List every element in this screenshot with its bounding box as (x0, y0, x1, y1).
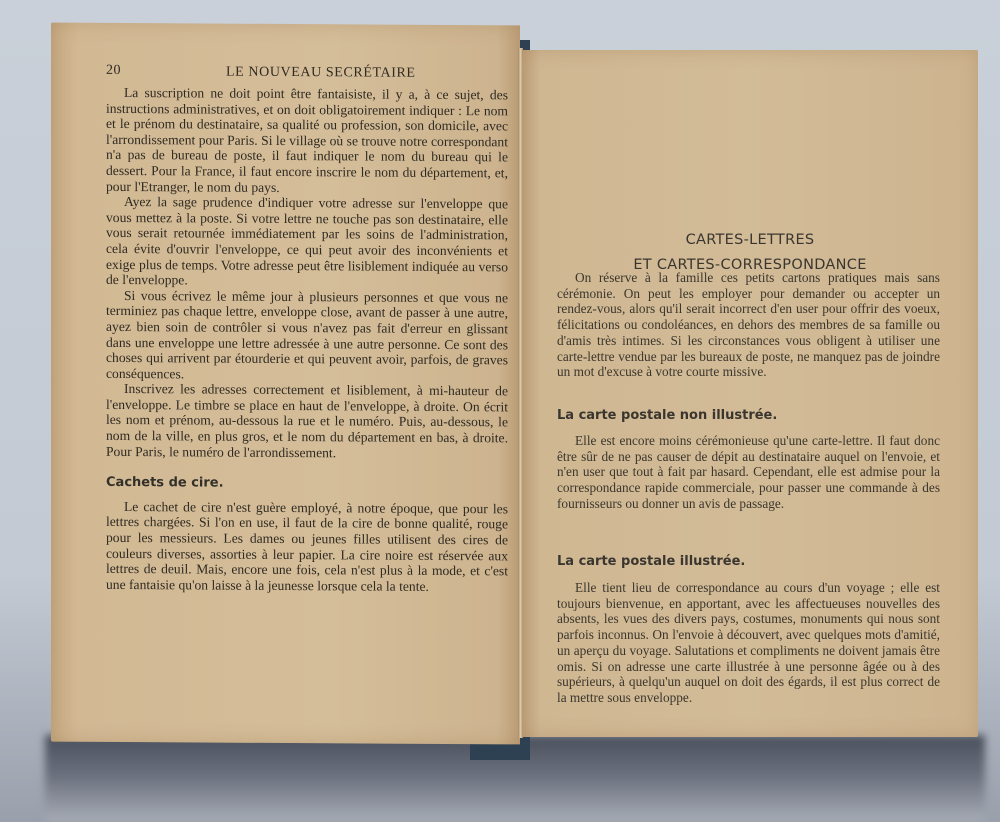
left-page-body: La suscription ne doit point être fantai… (106, 85, 508, 595)
paragraph: Ayez la sage prudence d'indiquer votre a… (106, 194, 508, 290)
paragraph: Le cachet de cire n'est guère employé, à… (106, 499, 508, 595)
paragraph: La suscription ne doit point être fantai… (106, 85, 508, 197)
running-head-title: LE NOUVEAU SECRÉTAIRE (226, 65, 416, 82)
section-heading: La carte postale illustrée. (557, 554, 745, 569)
section-body: Elle est encore moins cérémonieuse qu'un… (557, 433, 940, 512)
page-number: 20 (106, 63, 121, 79)
right-page: CARTES-LETTRES ET CARTES-CORRESPONDANCE … (522, 50, 978, 737)
paragraph: Elle tient lieu de correspondance au cou… (557, 580, 940, 706)
running-header: 20 LE NOUVEAU SECRÉTAIRE (106, 63, 511, 65)
paragraph: On réserve à la famille ces petits carto… (557, 270, 940, 380)
left-page: 20 LE NOUVEAU SECRÉTAIRE La suscription … (51, 23, 520, 745)
chapter-title-line-1: CARTES-LETTRES (522, 228, 978, 253)
section-body: Elle tient lieu de correspondance au cou… (557, 580, 940, 706)
section-heading: La carte postale non illustrée. (557, 408, 777, 423)
paragraph: Elle est encore moins cérémonieuse qu'un… (557, 433, 940, 512)
paragraph: Si vous écrivez le même jour à plusieurs… (106, 288, 508, 384)
chapter-intro: On réserve à la famille ces petits carto… (557, 270, 940, 380)
paragraph: Inscrivez les adresses correctement et l… (106, 381, 508, 461)
section-heading: Cachets de cire. (106, 475, 508, 493)
